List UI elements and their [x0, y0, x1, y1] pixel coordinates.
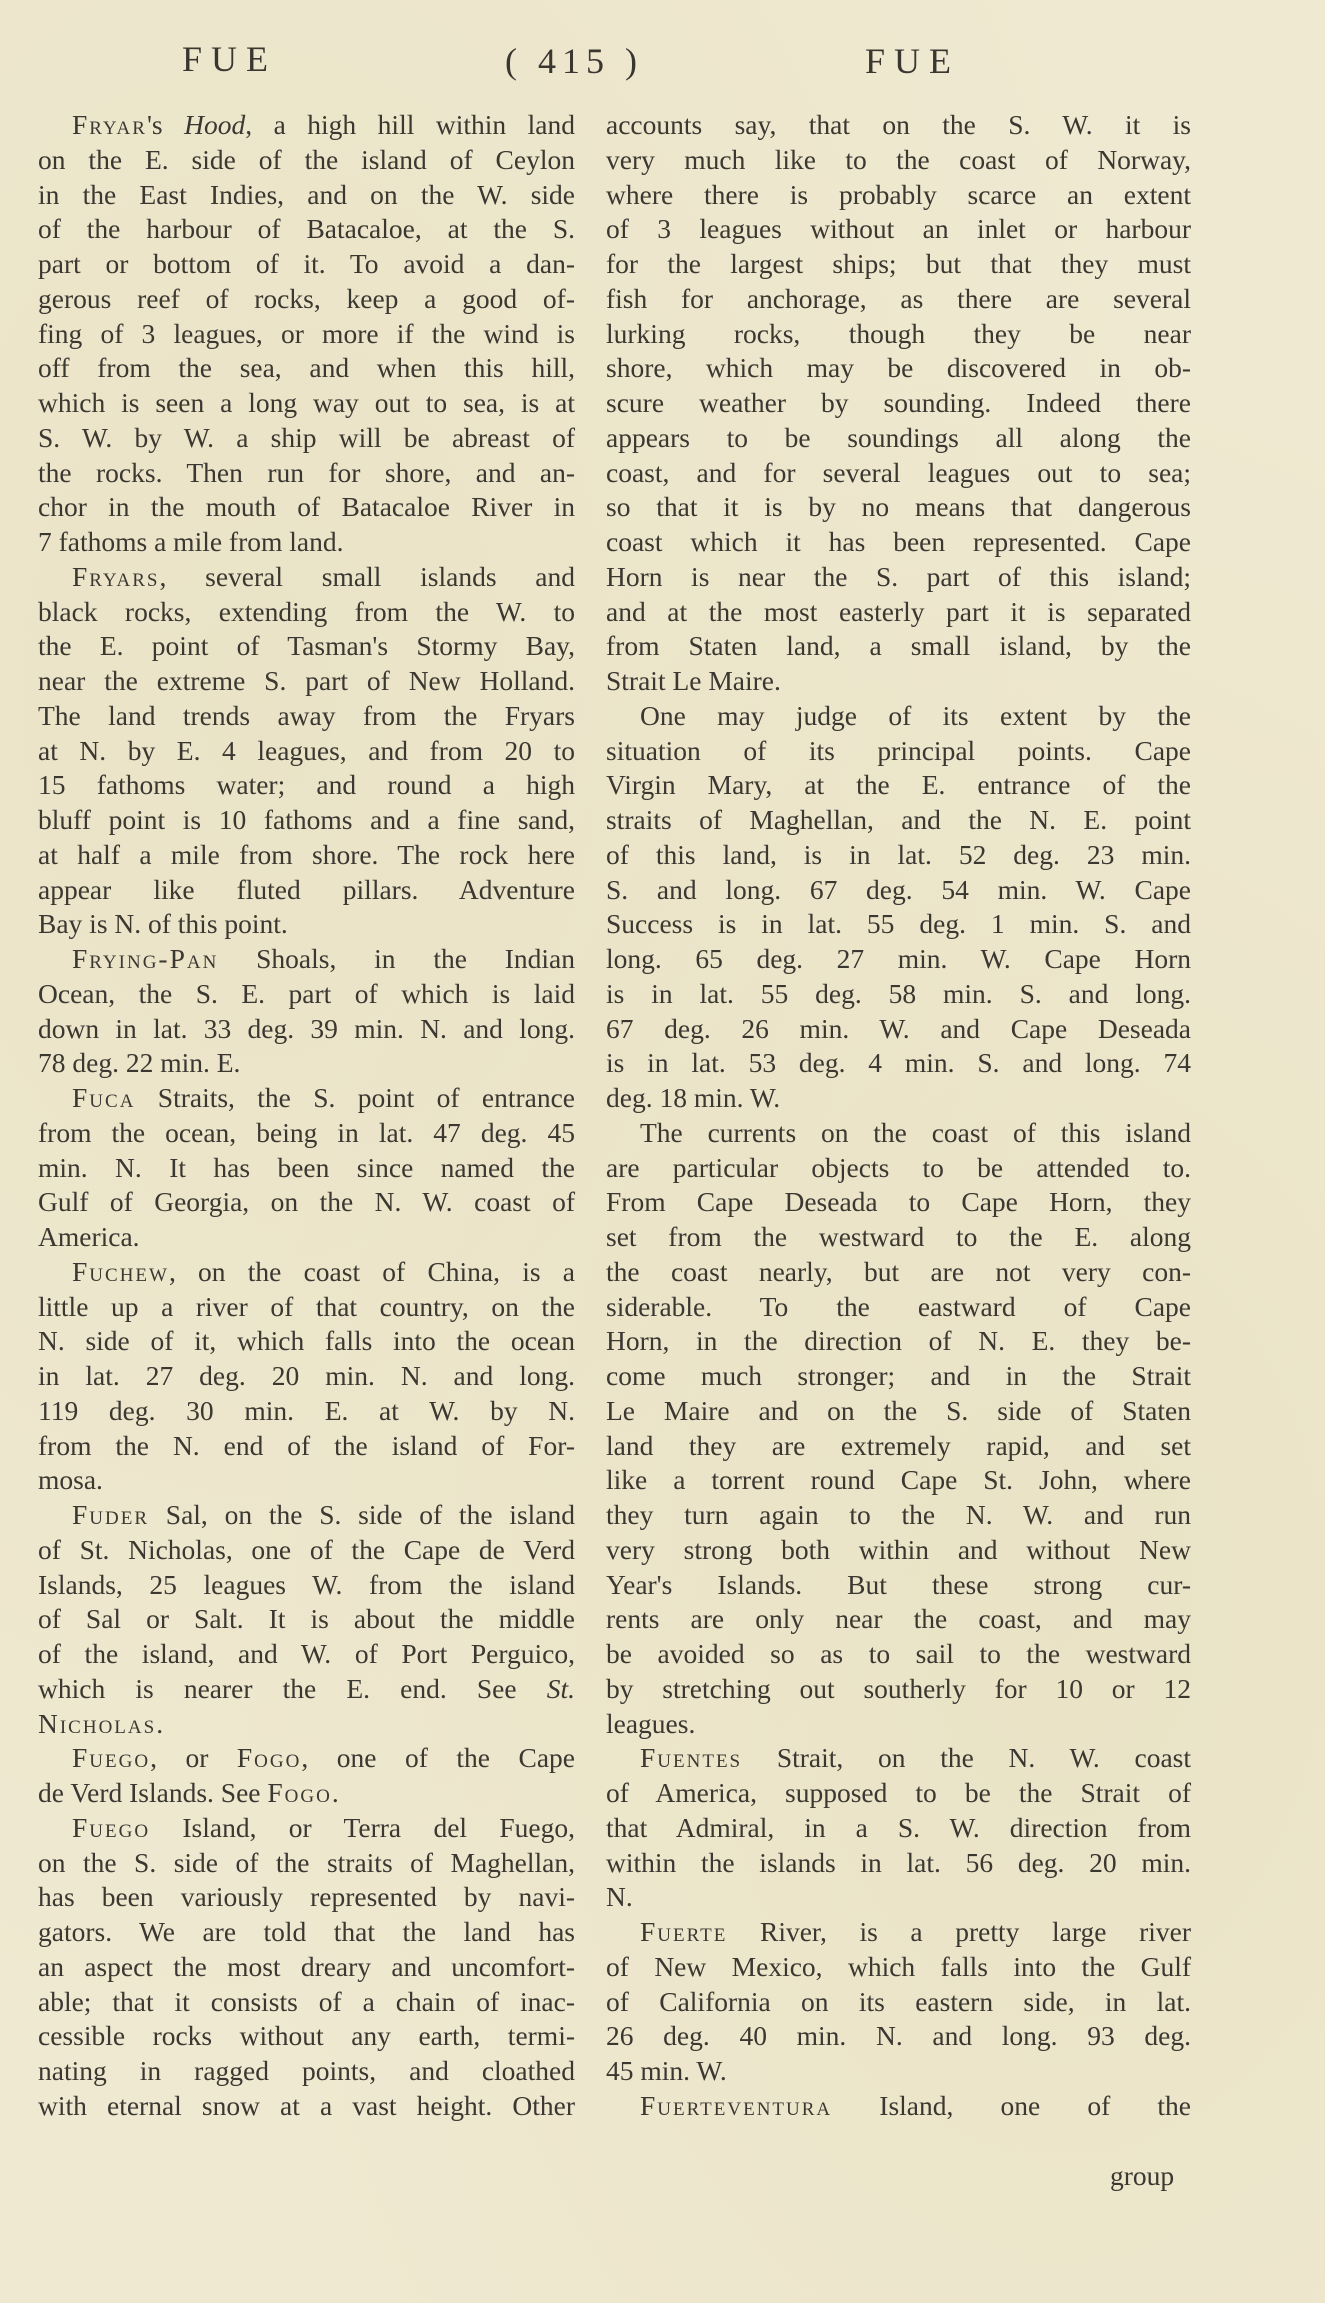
text-line: 45 min. W.	[606, 2054, 1191, 2089]
text-line: 67 deg. 26 min. W. and Cape Deseada	[606, 1012, 1191, 1047]
text-line: bluff point is 10 fathoms and a fine san…	[38, 803, 575, 838]
text-line: with eternal snow at a vast height. Othe…	[38, 2089, 575, 2124]
text-line: S. W. by W. a ship will be abreast of	[38, 421, 575, 456]
text-line: Le Maire and on the S. side of Staten	[606, 1394, 1191, 1429]
text-line: of America, supposed to be the Strait of	[606, 1776, 1191, 1811]
text-line: mosa.	[38, 1463, 575, 1498]
text-run: 's	[147, 109, 184, 140]
text-run: Shoals, in the Indian	[218, 943, 575, 974]
text-line: Fuerte River, is a pretty large river	[606, 1915, 1191, 1950]
running-head-left: FUE	[182, 38, 277, 80]
text-line: leagues.	[606, 1707, 1191, 1742]
text-line: S. and long. 67 deg. 54 min. W. Cape	[606, 873, 1191, 908]
text-line: at half a mile from shore. The rock here	[38, 838, 575, 873]
text-line: Fuca Straits, the S. point of entrance	[38, 1081, 575, 1116]
entry-headword: Fogo.	[267, 1777, 340, 1808]
entry-headword: Fuerte	[640, 1916, 727, 1947]
catchword: group	[1110, 2160, 1174, 2192]
text-line: 78 deg. 22 min. E.	[38, 1046, 575, 1081]
text-line: has been variously represented by navi-	[38, 1880, 575, 1915]
text-line: appear like fluted pillars. Adventure	[38, 873, 575, 908]
text-line: Fuego, or Fogo, one of the Cape	[38, 1741, 575, 1776]
text-line: 7 fathoms a mile from land.	[38, 525, 575, 560]
text-line: Fuerteventura Island, one of the	[606, 2089, 1191, 2124]
text-run: , a high hill within land	[245, 109, 575, 140]
text-line: 15 fathoms water; and round a high	[38, 768, 575, 803]
text-line: scure weather by sounding. Indeed there	[606, 386, 1191, 421]
text-line: nating in ragged points, and cloathed	[38, 2054, 575, 2089]
entry-headword: Fogo	[237, 1742, 301, 1773]
text-line: fing of 3 leagues, or more if the wind i…	[38, 317, 575, 352]
text-line: be avoided so as to sail to the westward	[606, 1637, 1191, 1672]
entry-headword: Frying-Pan	[72, 943, 218, 974]
text-line: The land trends away from the Fryars	[38, 699, 575, 734]
text-line: The currents on the coast of this island	[606, 1116, 1191, 1151]
text-line: is in lat. 53 deg. 4 min. S. and long. 7…	[606, 1046, 1191, 1081]
text-line: accounts say, that on the S. W. it is	[606, 108, 1191, 143]
text-line: coast, and for several leagues out to se…	[606, 456, 1191, 491]
text-line: 26 deg. 40 min. N. and long. 93 deg.	[606, 2019, 1191, 2054]
entry-headword: Nicholas.	[38, 1708, 165, 1739]
book-page: FUE ( 415 ) FUE Fryar's Hood, a high hil…	[0, 0, 1325, 2303]
text-run: which is nearer the E. end. See	[38, 1673, 547, 1704]
text-line: From Cape Deseada to Cape Horn, they	[606, 1185, 1191, 1220]
entry-headword: Fryar	[72, 109, 147, 140]
text-line: very strong both within and without New	[606, 1533, 1191, 1568]
text-line: at N. by E. 4 leagues, and from 20 to	[38, 734, 575, 769]
text-line: for the largest ships; but that they mus…	[606, 247, 1191, 282]
text-line: from Staten land, a small island, by the	[606, 629, 1191, 664]
text-line: part or bottom of it. To avoid a dan-	[38, 247, 575, 282]
column-left: Fryar's Hood, a high hill within landon …	[38, 108, 575, 2124]
text-line: black rocks, extending from the W. to	[38, 595, 575, 630]
text-line: situation of its principal points. Cape	[606, 734, 1191, 769]
text-line: of St. Nicholas, one of the Cape de Verd	[38, 1533, 575, 1568]
text-line: of Sal or Salt. It is about the middle	[38, 1602, 575, 1637]
text-line: siderable. To the eastward of Cape	[606, 1290, 1191, 1325]
text-line: straits of Maghellan, and the N. E. poin…	[606, 803, 1191, 838]
page-number: ( 415 )	[505, 40, 643, 82]
text-run: Island, or Terra del Fuego,	[150, 1812, 575, 1843]
text-run: Sal, on the S. side of the island	[149, 1499, 575, 1530]
text-line: Strait Le Maire.	[606, 664, 1191, 699]
text-line: Frying-Pan Shoals, in the Indian	[38, 942, 575, 977]
text-run: , several small islands and	[160, 561, 576, 592]
text-line: which is nearer the E. end. See St.	[38, 1672, 575, 1707]
text-line: that Admiral, in a S. W. direction from	[606, 1811, 1191, 1846]
text-line: Ocean, the S. E. part of which is laid	[38, 977, 575, 1012]
entry-headword: Fryars	[72, 561, 160, 592]
text-line: they turn again to the N. W. and run	[606, 1498, 1191, 1533]
text-line: down in lat. 33 deg. 39 min. N. and long…	[38, 1012, 575, 1047]
text-line: little up a river of that country, on th…	[38, 1290, 575, 1325]
text-line: Bay is N. of this point.	[38, 907, 575, 942]
entry-headword: Fuego	[72, 1742, 150, 1773]
text-line: Fryar's Hood, a high hill within land	[38, 108, 575, 143]
text-line: within the islands in lat. 56 deg. 20 mi…	[606, 1846, 1191, 1881]
text-line: of the harbour of Batacaloe, at the S.	[38, 212, 575, 247]
text-line: shore, which may be discovered in ob-	[606, 351, 1191, 386]
text-line: of New Mexico, which falls into the Gulf	[606, 1950, 1191, 1985]
text-line: the coast nearly, but are not very con-	[606, 1255, 1191, 1290]
text-line: of this land, is in lat. 52 deg. 23 min.	[606, 838, 1191, 873]
entry-headword: Fuego	[72, 1812, 150, 1843]
text-line: Fuder Sal, on the S. side of the island	[38, 1498, 575, 1533]
text-line: long. 65 deg. 27 min. W. Cape Horn	[606, 942, 1191, 977]
text-line: Success is in lat. 55 deg. 1 min. S. and	[606, 907, 1191, 942]
text-line: able; that it consists of a chain of ina…	[38, 1985, 575, 2020]
running-head: FUE ( 415 ) FUE	[0, 38, 1325, 88]
text-line: on the E. side of the island of Ceylon	[38, 143, 575, 178]
text-line: Fuchew, on the coast of China, is a	[38, 1255, 575, 1290]
text-line: so that it is by no means that dangerous	[606, 490, 1191, 525]
text-line: land they are extremely rapid, and set	[606, 1429, 1191, 1464]
text-line: like a torrent round Cape St. John, wher…	[606, 1463, 1191, 1498]
text-line: 119 deg. 30 min. E. at W. by N.	[38, 1394, 575, 1429]
text-line: Fuentes Strait, on the N. W. coast	[606, 1741, 1191, 1776]
text-line: an aspect the most dreary and uncomfort-	[38, 1950, 575, 1985]
text-line: where there is probably scarce an extent	[606, 178, 1191, 213]
text-line: and at the most easterly part it is sepa…	[606, 595, 1191, 630]
text-line: Horn, in the direction of N. E. they be-	[606, 1324, 1191, 1359]
text-run: , one of the Cape	[301, 1742, 575, 1773]
text-line: Gulf of Georgia, on the N. W. coast of	[38, 1185, 575, 1220]
text-run: Hood	[184, 109, 245, 140]
text-run: Straits, the S. point of entrance	[135, 1082, 575, 1113]
text-run: Island, one of the	[832, 2090, 1191, 2121]
entry-headword: Fuca	[72, 1082, 135, 1113]
text-line: the E. point of Tasman's Stormy Bay,	[38, 629, 575, 664]
text-line: gators. We are told that the land has	[38, 1915, 575, 1950]
text-line: come much stronger; and in the Strait	[606, 1359, 1191, 1394]
text-run: de Verd Islands. See	[38, 1777, 267, 1808]
text-line: which is seen a long way out to sea, is …	[38, 386, 575, 421]
text-line: cessible rocks without any earth, termi-	[38, 2019, 575, 2054]
text-run: St.	[547, 1673, 575, 1704]
text-line: off from the sea, and when this hill,	[38, 351, 575, 386]
entry-headword: Fuerteventura	[640, 2090, 832, 2121]
text-line: min. N. It has been since named the	[38, 1151, 575, 1186]
text-line: is in lat. 55 deg. 58 min. S. and long.	[606, 977, 1191, 1012]
text-line: Islands, 25 leagues W. from the island	[38, 1568, 575, 1603]
text-line: Year's Islands. But these strong cur-	[606, 1568, 1191, 1603]
text-line: in lat. 27 deg. 20 min. N. and long.	[38, 1359, 575, 1394]
text-line: from the ocean, being in lat. 47 deg. 45	[38, 1116, 575, 1151]
text-line: N.	[606, 1880, 1191, 1915]
entry-headword: Fuchew	[72, 1256, 169, 1287]
text-line: set from the westward to the E. along	[606, 1220, 1191, 1255]
text-line: in the East Indies, and on the W. side	[38, 178, 575, 213]
text-line: chor in the mouth of Batacaloe River in	[38, 490, 575, 525]
text-line: One may judge of its extent by the	[606, 699, 1191, 734]
text-line: Fryars, several small islands and	[38, 560, 575, 595]
text-line: of the island, and W. of Port Perguico,	[38, 1637, 575, 1672]
text-line: on the S. side of the straits of Maghell…	[38, 1846, 575, 1881]
text-line: Horn is near the S. part of this island;	[606, 560, 1191, 595]
text-line: N. side of it, which falls into the ocea…	[38, 1324, 575, 1359]
text-line: of 3 leagues without an inlet or harbour	[606, 212, 1191, 247]
text-line: deg. 18 min. W.	[606, 1081, 1191, 1116]
text-line: coast which it has been represented. Cap…	[606, 525, 1191, 560]
text-line: fish for anchorage, as there are several	[606, 282, 1191, 317]
text-line: the rocks. Then run for shore, and an-	[38, 456, 575, 491]
text-run: , on the coast of China, is a	[169, 1256, 575, 1287]
entry-headword: Fuder	[72, 1499, 149, 1530]
text-line: America.	[38, 1220, 575, 1255]
text-line: near the extreme S. part of New Holland.	[38, 664, 575, 699]
text-line: Virgin Mary, at the E. entrance of the	[606, 768, 1191, 803]
text-line: of California on its eastern side, in la…	[606, 1985, 1191, 2020]
text-line: Nicholas.	[38, 1707, 575, 1742]
text-line: very much like to the coast of Norway,	[606, 143, 1191, 178]
text-line: Fuego Island, or Terra del Fuego,	[38, 1811, 575, 1846]
text-line: gerous reef of rocks, keep a good of-	[38, 282, 575, 317]
text-run: , or	[150, 1742, 237, 1773]
text-line: lurking rocks, though they be near	[606, 317, 1191, 352]
text-line: from the N. end of the island of For-	[38, 1429, 575, 1464]
text-line: rents are only near the coast, and may	[606, 1602, 1191, 1637]
text-line: appears to be soundings all along the	[606, 421, 1191, 456]
column-right: accounts say, that on the S. W. it isver…	[606, 108, 1191, 2124]
text-line: are particular objects to be attended to…	[606, 1151, 1191, 1186]
running-head-right: FUE	[865, 40, 960, 82]
entry-headword: Fuentes	[640, 1742, 742, 1773]
text-line: by stretching out southerly for 10 or 12	[606, 1672, 1191, 1707]
text-run: River, is a pretty large river	[727, 1916, 1191, 1947]
text-run: Strait, on the N. W. coast	[742, 1742, 1191, 1773]
text-line: de Verd Islands. See Fogo.	[38, 1776, 575, 1811]
